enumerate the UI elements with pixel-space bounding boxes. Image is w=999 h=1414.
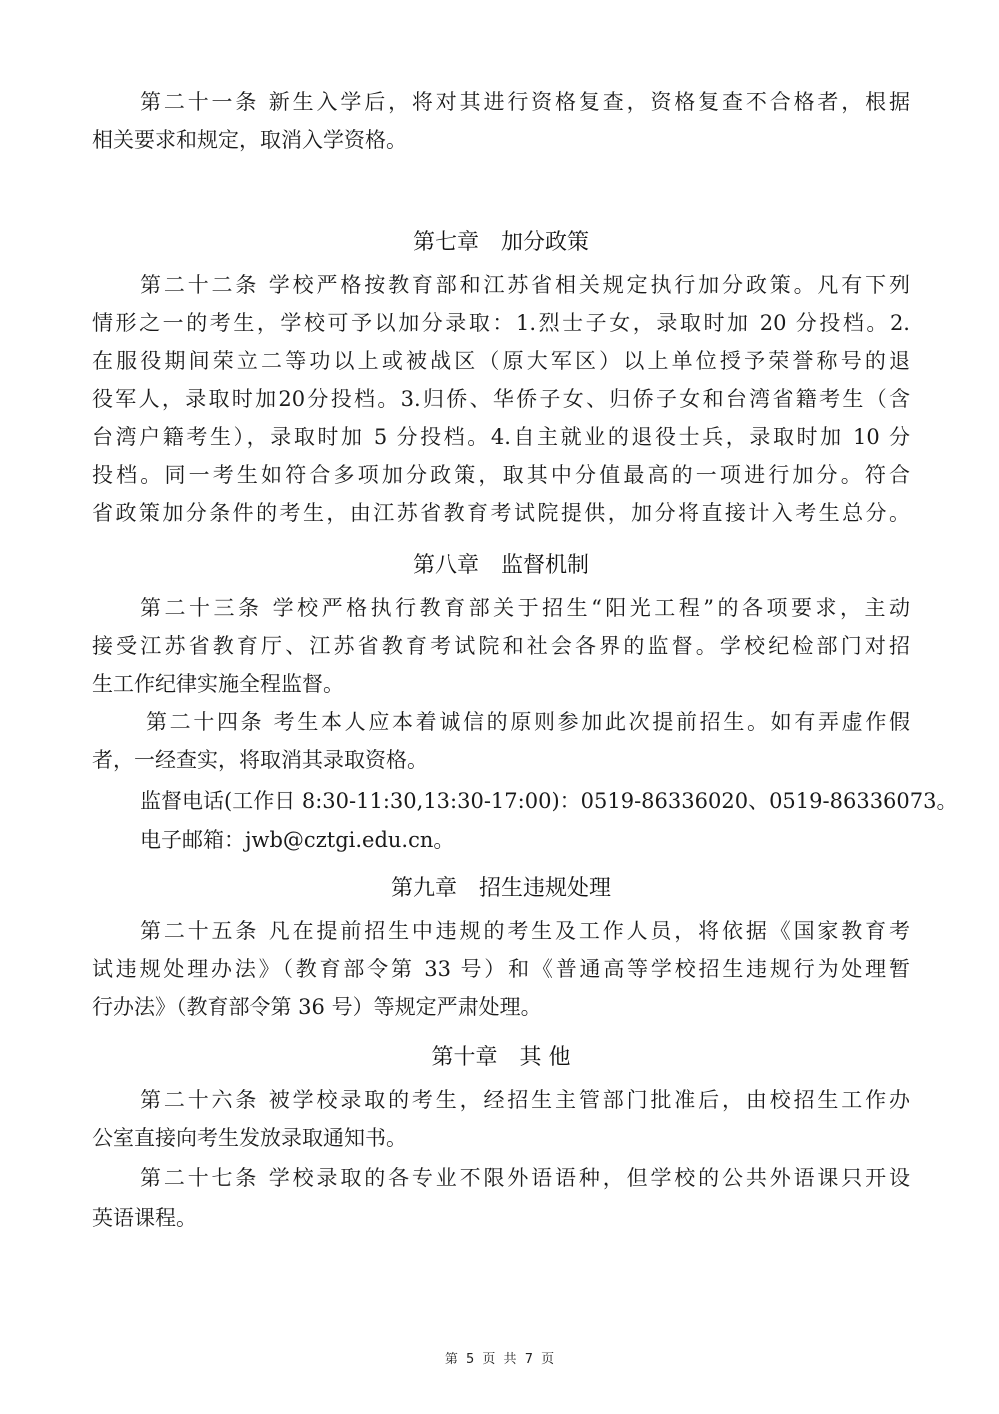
paragraph-line: 投档。同一考生如符合多项加分政策，取其中分值最高的一项进行加分。符合 bbox=[92, 461, 910, 489]
chapter-heading-10: 第十章 其 他 bbox=[92, 1043, 910, 1073]
paragraph-line: 第二十五条 凡在提前招生中违规的考生及工作人员，将依据《国家教育考 bbox=[140, 917, 910, 945]
paragraph-line: 第二十一条 新生入学后，将对其进行资格复查，资格复查不合格者，根据 bbox=[140, 88, 910, 116]
paragraph-line: 英语课程。 bbox=[92, 1204, 910, 1232]
paragraph-line: 行办法》（教育部令第 36 号）等规定严肃处理。 bbox=[92, 993, 910, 1021]
paragraph-line: 生工作纪律实施全程监督。 bbox=[92, 670, 910, 698]
paragraph-line: 接受江苏省教育厅、江苏省教育考试院和社会各界的监督。学校纪检部门对招 bbox=[92, 632, 910, 660]
paragraph-line: 第二十三条 学校严格执行教育部关于招生“阳光工程”的各项要求，主动 bbox=[140, 594, 910, 622]
paragraph-line: 在服役期间荣立二等功以上或被战区（原大军区）以上单位授予荣誉称号的退 bbox=[92, 347, 910, 375]
paragraph-line: 情形之一的考生，学校可予以加分录取：1.烈士子女，录取时加 20 分投档。2. bbox=[92, 309, 910, 337]
paragraph-line: 第二十四条 考生本人应本着诚信的原则参加此次提前招生。如有弄虚作假 bbox=[146, 708, 910, 736]
paragraph-line: 役军人，录取时加20分投档。3.归侨、华侨子女、归侨子女和台湾省籍考生（含 bbox=[92, 385, 910, 413]
paragraph-line: 省政策加分条件的考生，由江苏省教育考试院提供，加分将直接计入考生总分。 bbox=[92, 499, 910, 527]
paragraph-line: 第二十二条 学校严格按教育部和江苏省相关规定执行加分政策。凡有下列 bbox=[140, 271, 910, 299]
paragraph-line: 试违规处理办法》（教育部令第 33 号）和《普通高等学校招生违规行为处理暂 bbox=[92, 955, 910, 983]
paragraph-line: 相关要求和规定，取消入学资格。 bbox=[92, 126, 910, 154]
supervision-email: 电子邮箱：jwb@cztgi.edu.cn。 bbox=[140, 826, 910, 854]
chapter-heading-8: 第八章 监督机制 bbox=[92, 551, 910, 581]
chapter-heading-9: 第九章 招生违规处理 bbox=[92, 874, 910, 904]
paragraph-line: 公室直接向考生发放录取通知书。 bbox=[92, 1124, 910, 1152]
paragraph-line: 第二十六条 被学校录取的考生，经招生主管部门批准后，由校招生工作办 bbox=[140, 1086, 910, 1114]
paragraph-line: 第二十七条 学校录取的各专业不限外语语种，但学校的公共外语课只开设 bbox=[140, 1164, 910, 1192]
chapter-heading-7: 第七章 加分政策 bbox=[92, 228, 910, 258]
paragraph-line: 者，一经查实，将取消其录取资格。 bbox=[92, 746, 910, 774]
paragraph-line: 台湾户籍考生），录取时加 5 分投档。4.自主就业的退役士兵，录取时加 10 分 bbox=[92, 423, 910, 451]
page-number-footer: 第 5 页 共 7 页 bbox=[0, 1348, 999, 1367]
supervision-phone: 监督电话(工作日 8:30-11:30,13:30-17:00)：0519-86… bbox=[140, 787, 910, 815]
